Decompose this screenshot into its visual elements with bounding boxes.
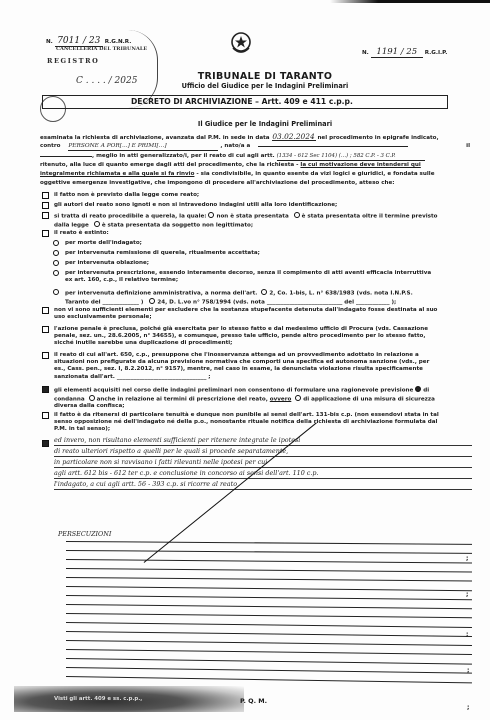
intro-underlined: integralmente richiamata e alla quale si… xyxy=(40,171,194,177)
blank-ruled-line xyxy=(66,613,472,618)
il-label: il xyxy=(466,143,470,150)
option-line: l'azione penale è preclusa, poiché già e… xyxy=(54,326,428,332)
radio-label: è stata presentata oltre il termine prev… xyxy=(302,214,438,220)
option-not-crime: il fatto non è previsto dalla legge come… xyxy=(40,192,472,200)
blank-ruled-line xyxy=(66,631,472,637)
option-text: il fatto è da ritenersi di particolare t… xyxy=(54,412,472,434)
blank-ruled-line xyxy=(66,640,472,646)
option-line: situazioni non prefigurate da alcuna pre… xyxy=(54,359,429,365)
option-text: il reato di cui all'art. 650, c.p., pres… xyxy=(54,352,472,381)
handwritten-line: l'indagato, a cui agli artt. 56 - 393 c.… xyxy=(54,479,472,490)
checkbox-art-650[interactable] xyxy=(42,352,49,359)
handwritten-line: di reato ulteriori rispetto a quelli per… xyxy=(54,446,472,457)
birthplace-field[interactable] xyxy=(258,146,408,147)
sub-option-line: 2, Co. 1-bis, L. n° 638/1983 (vds. nota … xyxy=(269,291,412,297)
radio-prescription-terms[interactable] xyxy=(89,395,95,401)
option-estinto: il reato è estinto: xyxy=(40,230,472,238)
rgnr-prefix: N. xyxy=(46,39,53,45)
radio-condanna[interactable] xyxy=(415,386,421,392)
option-personal-use: non vi sono sufficienti elementi per esc… xyxy=(40,307,472,322)
blank-ruled-line xyxy=(66,604,472,609)
judge-heading: Il Giudice per le Indagini Preliminari xyxy=(0,120,490,128)
sub-option-text: per morte dell'indagato; xyxy=(65,240,472,247)
blank-ruled-line xyxy=(66,577,472,581)
option-authors-unknown: gli autori del reato sono ignoti e non s… xyxy=(40,202,472,210)
sub-option-text: per intervenuta remissione di querela, r… xyxy=(65,250,472,257)
intro-line-3: , meglio in atti generalizzato/i, per il… xyxy=(40,153,470,161)
radio-querela-not-presented[interactable] xyxy=(208,212,214,218)
radio-remission[interactable] xyxy=(53,250,59,256)
sub-option-oblation: per intervenuta oblazione; xyxy=(40,260,472,268)
handwritten-line: ed invero, non risultano elementi suffic… xyxy=(54,435,472,446)
blank-ruled-line xyxy=(66,658,472,665)
intro-line-5: integralmente richiamata e alla quale si… xyxy=(40,171,470,178)
decree-title: DECRETO DI ARCHIVIAZIONE – Artt. 409 e 4… xyxy=(131,97,353,106)
radio-prescription[interactable] xyxy=(53,270,59,276)
intro-line-1: esaminata la richiesta di archiviazione,… xyxy=(40,133,470,142)
radio-label: non è stata presentata xyxy=(216,214,288,220)
handwritten-persecuzioni: PERSECUZIONI xyxy=(58,530,111,538)
option-insufficient-evidence: gli elementi acquisiti nel corso delle i… xyxy=(40,386,472,408)
handwritten-reasons[interactable]: ed invero, non risultano elementi suffic… xyxy=(36,435,472,490)
option-line: sanzionata dall'art. ___________________… xyxy=(54,374,211,380)
checkbox-personal-use[interactable] xyxy=(42,307,49,314)
blank-ruled-line xyxy=(66,649,472,655)
option-text: non vi sono sufficienti elementi per esc… xyxy=(54,307,472,321)
option-line: il fatto è da ritenersi di particolare t… xyxy=(54,412,439,418)
radio-oblation[interactable] xyxy=(53,260,59,266)
radio-inps[interactable] xyxy=(261,289,267,295)
option-line: gli elementi acquisiti nel corso delle i… xyxy=(54,388,413,394)
option-line: diversa dalla confisca; xyxy=(54,403,124,409)
pqm-heading: P. Q. M. xyxy=(240,697,267,705)
sub-option-text: per intervenuta prescrizione, essendo in… xyxy=(65,270,472,284)
radio-security-measure[interactable] xyxy=(295,395,301,401)
option-text: gli elementi acquisiti nel corso delle i… xyxy=(54,386,472,411)
sub-option-text: per intervenuta definizione amministrati… xyxy=(65,289,472,306)
option-tenuity: il fatto è da ritenersi di particolare t… xyxy=(40,412,472,434)
blank-ruled-line xyxy=(66,595,472,600)
option-line: sicché inutile sarebbe una duplicazione … xyxy=(54,340,232,346)
option-line: il reato di cui all'art. 650, c.p., pres… xyxy=(54,352,419,358)
court-office: Ufficio del Giudice per le Indagini Prel… xyxy=(0,82,490,90)
option-precluded: l'azione penale è preclusa, poiché già e… xyxy=(40,326,472,348)
option-line: non vi sono sufficienti elementi per esc… xyxy=(54,307,437,313)
option-text: l'azione penale è preclusa, poiché già e… xyxy=(54,326,472,348)
querela-text: dalla legge xyxy=(54,222,89,228)
sub-option-line: Taranto del _____________ ) xyxy=(65,299,143,305)
option-art-650: il reato di cui all'art. 650, c.p., pres… xyxy=(40,352,472,381)
option-line: di applicazione di una misura di sicurez… xyxy=(303,396,435,402)
line-semicolon: ; xyxy=(466,555,468,562)
sub-option-text: per intervenuta oblazione; xyxy=(65,260,472,267)
intro-text: ritenuto, alla luce di quanto emerge dag… xyxy=(40,162,298,168)
line-semicolon: ; xyxy=(467,704,469,711)
birthdate-field[interactable] xyxy=(40,156,92,157)
defendant-field[interactable]: PERSONE A POR[...] E PRIMI[...] xyxy=(68,143,218,151)
option-line: senso opposizione né dell'indagato né de… xyxy=(54,419,437,425)
line-semicolon: ; xyxy=(466,591,468,598)
option-line: penale, sez. un., 28.6.2005, n° 34655), … xyxy=(54,333,426,339)
rgip-value: 1191 / 25 xyxy=(371,47,423,58)
sub-option-remission: per intervenuta remissione di querela, r… xyxy=(40,250,472,258)
radio-label: è stata presentata da soggetto non legit… xyxy=(102,222,253,228)
rgip-prefix: N. xyxy=(362,50,369,56)
intro-text: esaminata la richiesta di archiviazione,… xyxy=(40,135,270,141)
sub-option-line: per intervenuta prescrizione, essendo in… xyxy=(65,270,431,276)
blank-ruled-line xyxy=(66,541,472,545)
blank-ruled-line xyxy=(66,667,472,674)
sub-option-line: 24, D. L.vo n° 758/1994 (vds. nota _____… xyxy=(157,299,396,305)
sub-option-line: ex art. 160, c.p., il relativo termine; xyxy=(65,277,178,283)
checkbox-not-crime[interactable] xyxy=(42,192,49,199)
option-querela: si tratta di reato procedibile a querela… xyxy=(40,212,472,228)
option-line: es., Cass. pen., sez. I, 8.2.2012, n° 91… xyxy=(54,366,423,372)
contro-label: contro xyxy=(40,143,60,149)
blank-ruled-line xyxy=(66,586,472,591)
intro-line-4: ritenuto, alla luce di quanto emerge dag… xyxy=(40,162,470,169)
nato-label: , nato/a a xyxy=(220,143,250,149)
radio-death[interactable] xyxy=(53,240,59,246)
intro-underlined: la cui motivazione deve intendersi qui xyxy=(300,162,420,168)
blank-ruled-line xyxy=(66,676,472,683)
option-text: si tratta di reato procedibile a querela… xyxy=(54,212,472,229)
option-line: condanna xyxy=(54,396,85,402)
intro-line-2: contro PERSONE A POR[...] E PRIMI[...] ,… xyxy=(40,143,470,151)
intro-text: nel procedimento in epigrafe indicato, xyxy=(317,135,438,141)
option-line: ovvero xyxy=(270,396,292,402)
blank-ruled-line xyxy=(66,550,472,554)
visti-text: Visti gli artt. 409 e ss. c.p.p., xyxy=(54,696,142,702)
blank-ruled-line xyxy=(66,559,472,563)
sub-option-death: per morte dell'indagato; xyxy=(40,240,472,248)
articles-field[interactable]: (1334 - 612 Sec 1104) (...) ; 582 C.P. -… xyxy=(277,153,425,161)
handwritten-line: agli artt. 612 bis - 612 ter c.p. e conc… xyxy=(54,468,472,479)
checkbox-authors-unknown[interactable] xyxy=(42,202,49,209)
blank-ruled-line xyxy=(66,568,472,572)
request-date-field[interactable]: 03.02.2024 xyxy=(272,133,316,141)
republic-emblem-icon xyxy=(230,30,252,56)
sub-option-prescription: per intervenuta prescrizione, essendo in… xyxy=(40,270,472,285)
checkbox-querela[interactable] xyxy=(42,212,49,219)
option-line: anche in relazione ai termini di prescri… xyxy=(97,396,268,402)
option-line: P.M. in tal senso); xyxy=(54,426,110,432)
checkbox-tenuity[interactable] xyxy=(42,412,49,419)
rgip-suffix: R.G.I.P. xyxy=(425,50,448,56)
sub-option-administrative: per intervenuta definizione amministrati… xyxy=(40,289,472,304)
option-text: il reato è estinto: xyxy=(54,230,472,237)
rgip-number: N. 1191 / 25 R.G.I.P. xyxy=(362,47,447,58)
radio-querela-illegitimate[interactable] xyxy=(94,221,100,227)
checkbox-estinto[interactable] xyxy=(42,230,49,237)
option-text: il fatto non è previsto dalla legge come… xyxy=(54,192,472,199)
querela-text: si tratta di reato procedibile a querela… xyxy=(54,214,207,220)
radio-dlvo-758[interactable] xyxy=(149,298,155,304)
option-line: di xyxy=(423,388,429,394)
intro-text: - sia condivisibile, in quanto esente da… xyxy=(196,171,434,177)
radio-querela-late[interactable] xyxy=(294,212,300,218)
intro-line-6: oggettive emergenze investigative, che i… xyxy=(40,180,470,187)
option-line: uso esclusivamente personale; xyxy=(54,314,152,320)
decree-title-box: DECRETO DI ARCHIVIAZIONE – Artt. 409 e 4… xyxy=(42,95,448,109)
radio-administrative[interactable] xyxy=(53,289,59,295)
blank-ruled-line xyxy=(66,622,472,628)
checkbox-insufficient-evidence[interactable] xyxy=(42,386,49,393)
scan-edge-shadow xyxy=(330,0,490,3)
court-name: TRIBUNALE DI TARANTO xyxy=(0,71,490,82)
line-semicolon: ; xyxy=(467,667,469,674)
line-semicolon: ; xyxy=(466,631,468,638)
sub-option-line: per intervenuta definizione amministrati… xyxy=(65,291,257,297)
intro-text: , meglio in atti generalizzato/i, per il… xyxy=(92,153,275,159)
stamp-registro: REGISTRO xyxy=(47,57,99,65)
checkbox-precluded[interactable] xyxy=(42,326,49,333)
document-page: N. 7011 / 23 R.G.N.R. CANCELLERIA DEL TR… xyxy=(0,0,490,720)
option-text: gli autori del reato sono ignoti e non s… xyxy=(54,202,472,209)
